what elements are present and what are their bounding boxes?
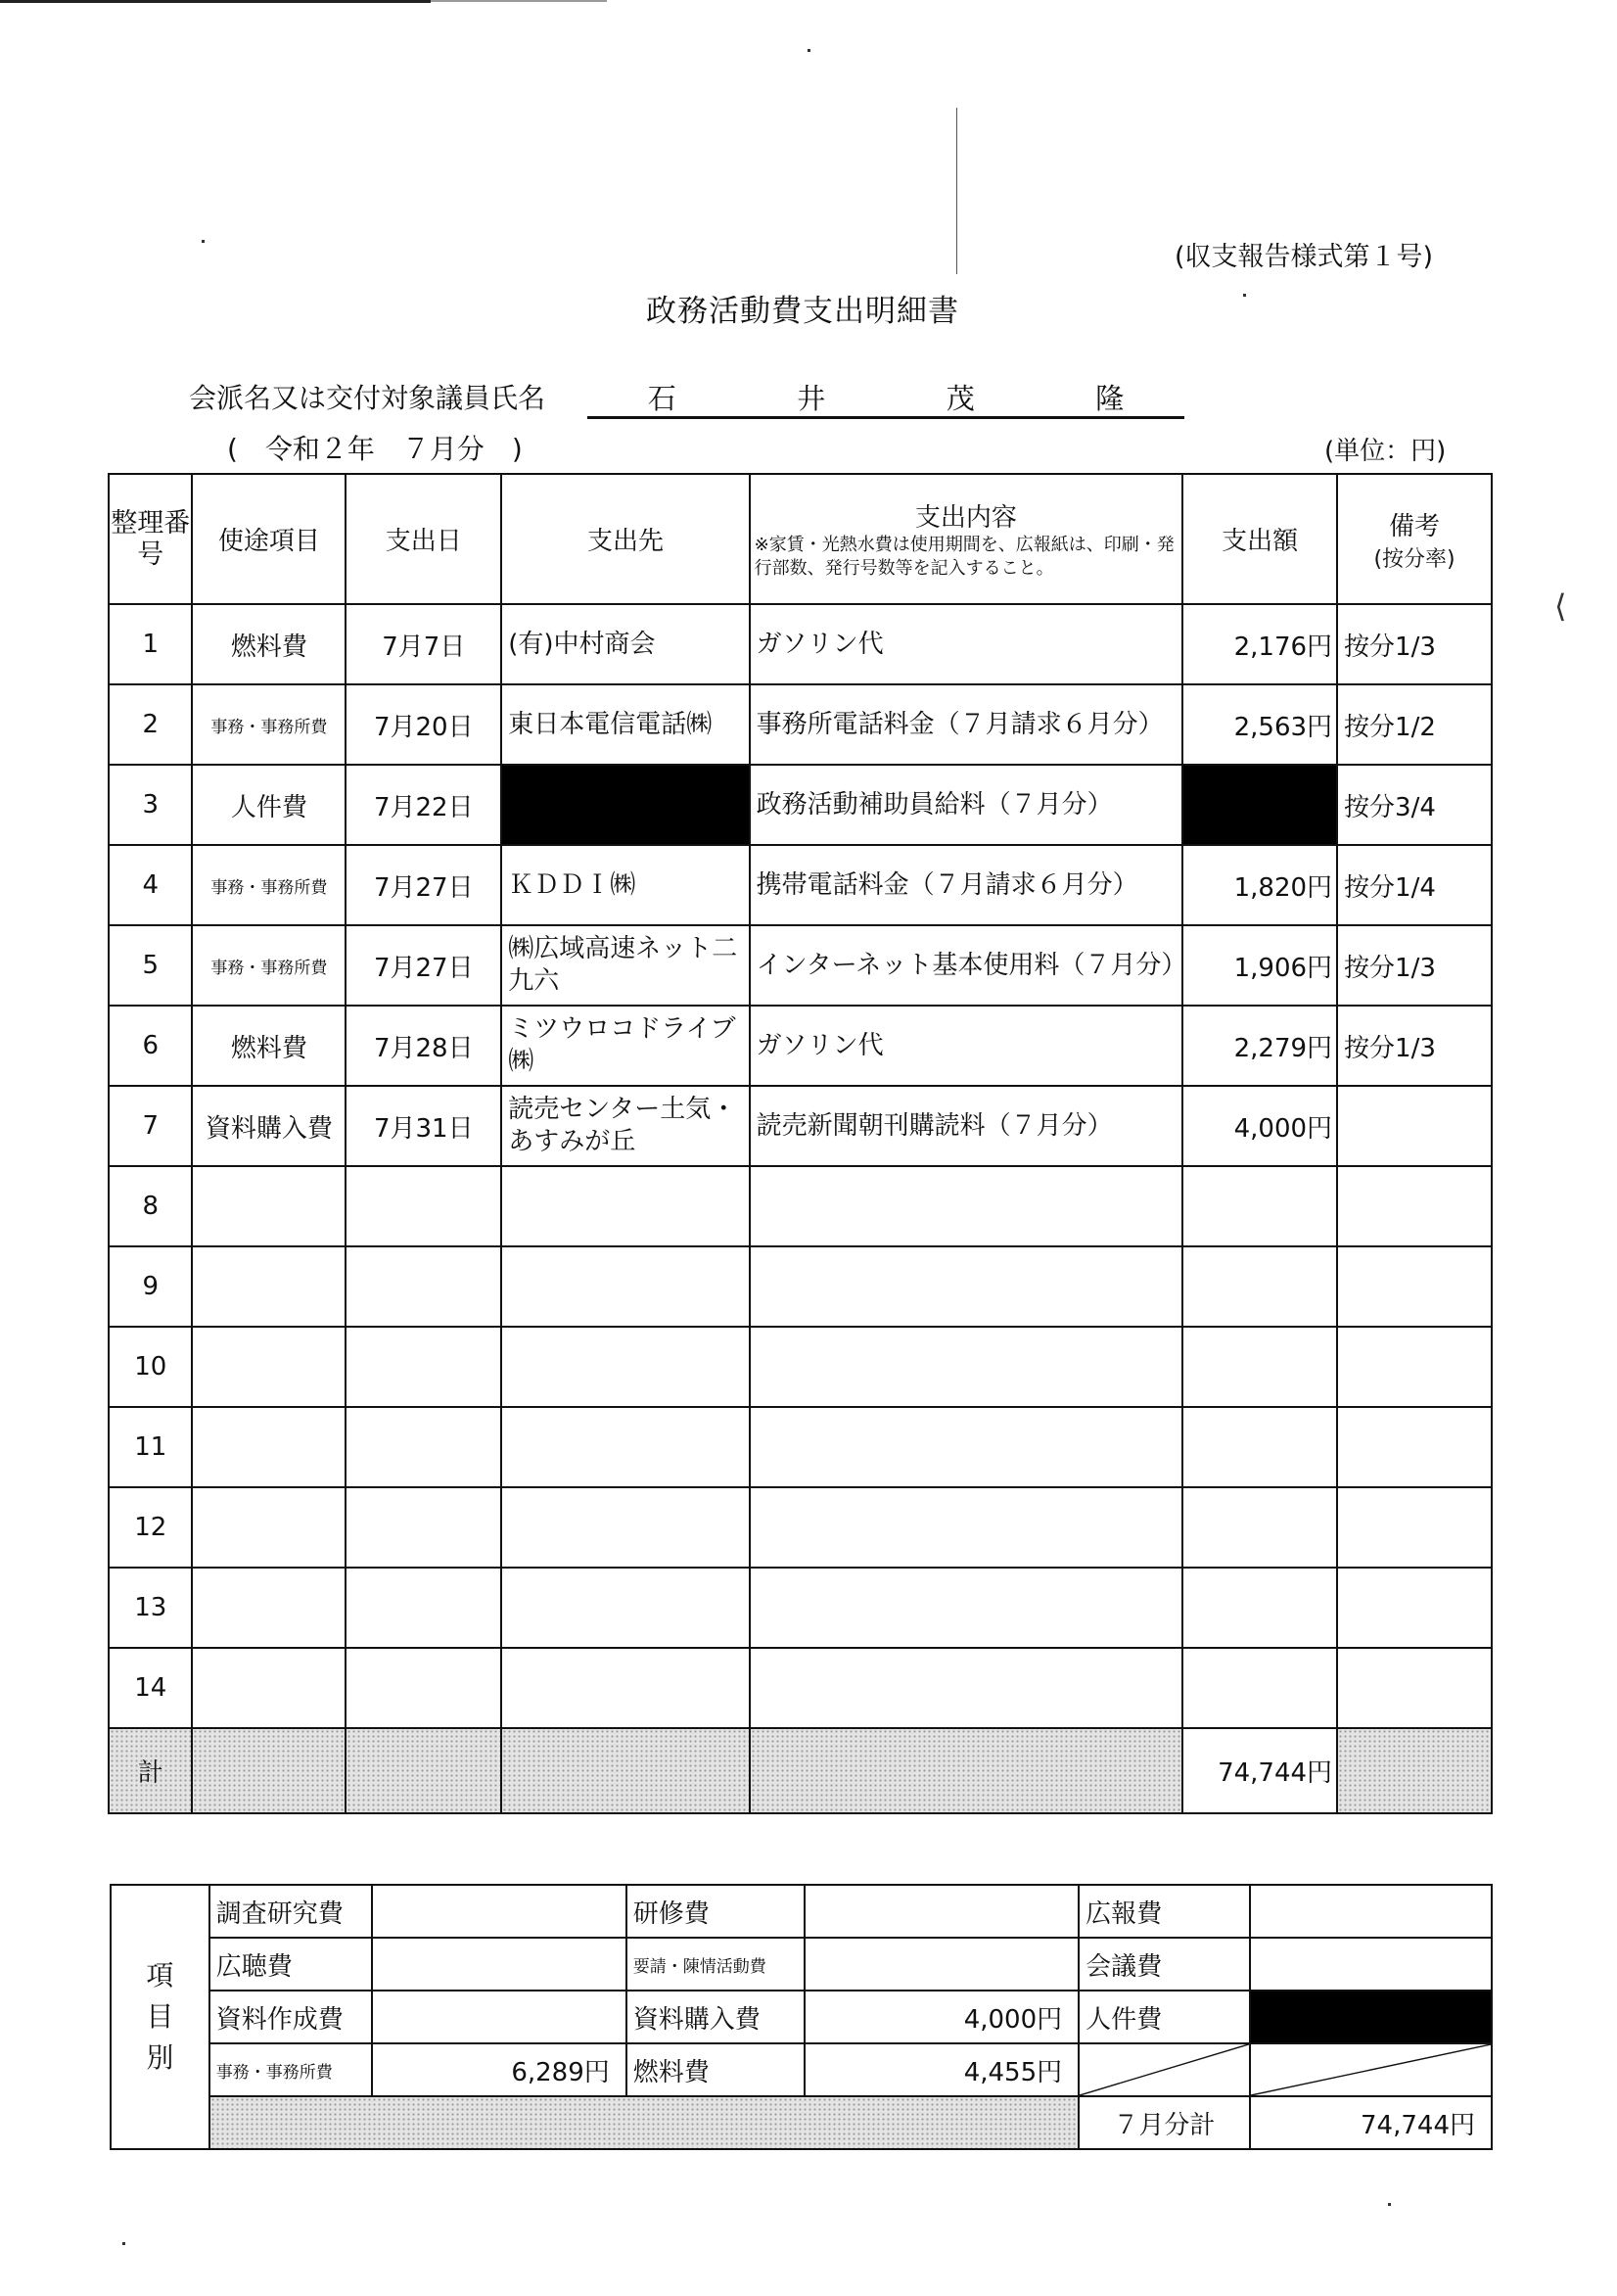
column-header-no: 整理番号 xyxy=(109,474,192,604)
row-payee xyxy=(501,1648,749,1728)
row-remarks: 按分1/3 xyxy=(1337,1006,1492,1086)
row-content xyxy=(750,1166,1183,1246)
page-title: 政務活動費支出明細書 xyxy=(646,286,959,330)
row-number: 7 xyxy=(109,1086,192,1166)
row-number: 9 xyxy=(109,1246,192,1327)
summary-value xyxy=(805,1885,1080,1938)
row-date xyxy=(346,1648,501,1728)
row-content: ガソリン代 xyxy=(750,604,1183,684)
table-row: 13 xyxy=(109,1568,1492,1648)
row-number: 2 xyxy=(109,684,192,765)
category-summary-table: 項目別 調査研究費 研修費 広報費 広聴費 要請・陳情活動費 会議費 資料作成費… xyxy=(110,1884,1493,2150)
row-payee: 東日本電信電話㈱ xyxy=(501,684,749,765)
report-period: ( 令和２年 ７月分 ) xyxy=(227,428,523,467)
table-row: 5事務・事務所費7月27日㈱広域高速ネット二九六インターネット基本使用料（７月分… xyxy=(109,925,1492,1006)
month-total-label: ７月分計 xyxy=(1079,2096,1250,2149)
row-content xyxy=(750,1246,1183,1327)
member-name-char: 石 xyxy=(648,377,676,416)
row-category xyxy=(192,1166,346,1246)
row-remarks xyxy=(1337,1086,1492,1166)
column-header-payee: 支出先 xyxy=(501,474,749,604)
summary-value xyxy=(1250,1885,1492,1938)
row-payee xyxy=(501,1487,749,1568)
summary-label: 研修費 xyxy=(626,1885,805,1938)
column-header-content: 支出内容 ※家賃・光熱水費は使用期間を、広報紙は、印刷・発行部数、発行号数等を記… xyxy=(750,474,1183,604)
row-content: 読売新聞朝刊購読料（７月分） xyxy=(750,1086,1183,1166)
row-amount xyxy=(1182,1407,1337,1487)
row-amount xyxy=(1182,1166,1337,1246)
row-number: 10 xyxy=(109,1327,192,1407)
row-number: 3 xyxy=(109,765,192,845)
row-category xyxy=(192,1327,346,1407)
row-payee: (有)中村商会 xyxy=(501,604,749,684)
row-amount xyxy=(1182,1648,1337,1728)
row-amount: 2,176円 xyxy=(1182,604,1337,684)
row-payee xyxy=(501,1407,749,1487)
row-payee xyxy=(501,1327,749,1407)
member-name-char: 隆 xyxy=(1095,377,1124,416)
row-content xyxy=(750,1648,1183,1728)
summary-label: 資料購入費 xyxy=(626,1991,805,2043)
column-header-remarks-title: 備考 xyxy=(1338,506,1491,542)
row-remarks xyxy=(1337,1487,1492,1568)
row-content: 事務所電話料金（７月請求６月分） xyxy=(750,684,1183,765)
summary-value: 6,289円 xyxy=(372,2043,626,2096)
row-amount: 2,563円 xyxy=(1182,684,1337,765)
row-remarks xyxy=(1337,1246,1492,1327)
total-shaded-cell xyxy=(346,1728,501,1813)
row-category xyxy=(192,1407,346,1487)
row-date: 7月27日 xyxy=(346,845,501,925)
total-shaded-cell xyxy=(750,1728,1183,1813)
summary-label: 広聴費 xyxy=(209,1938,372,1991)
row-content: ガソリン代 xyxy=(750,1006,1183,1086)
scan-edge-line xyxy=(0,0,431,3)
summary-side-label-text: 項目別 xyxy=(112,1955,208,2079)
summary-value xyxy=(372,1991,626,2043)
row-remarks xyxy=(1337,1568,1492,1648)
row-category xyxy=(192,1246,346,1327)
row-category: 事務・事務所費 xyxy=(192,684,346,765)
column-header-remarks-sub: (按分率) xyxy=(1338,542,1491,573)
summary-label: 事務・事務所費 xyxy=(209,2043,372,2096)
row-category xyxy=(192,1568,346,1648)
row-content xyxy=(750,1487,1183,1568)
row-number: 13 xyxy=(109,1568,192,1648)
row-number: 14 xyxy=(109,1648,192,1728)
stray-dot xyxy=(202,240,205,243)
row-number: 12 xyxy=(109,1487,192,1568)
row-amount-redacted xyxy=(1182,765,1337,845)
row-amount xyxy=(1182,1327,1337,1407)
column-header-date: 支出日 xyxy=(346,474,501,604)
row-payee-redacted xyxy=(501,765,749,845)
summary-label: 会議費 xyxy=(1079,1938,1250,1991)
row-category: 人件費 xyxy=(192,765,346,845)
member-label: 会派名又は交付対象議員氏名 xyxy=(189,377,545,416)
row-payee xyxy=(501,1568,749,1648)
summary-label: 広報費 xyxy=(1079,1885,1250,1938)
month-total-value: 74,744円 xyxy=(1250,2096,1492,2149)
row-number: 8 xyxy=(109,1166,192,1246)
scan-edge-line xyxy=(431,0,607,2)
row-remarks xyxy=(1337,1648,1492,1728)
row-category: 事務・事務所費 xyxy=(192,845,346,925)
member-name-char: 井 xyxy=(797,377,825,416)
table-header-row: 整理番号 使途項目 支出日 支出先 支出内容 ※家賃・光熱水費は使用期間を、広報… xyxy=(109,474,1492,604)
row-remarks xyxy=(1337,1327,1492,1407)
fold-mark xyxy=(956,108,957,274)
row-remarks xyxy=(1337,1407,1492,1487)
table-row: 10 xyxy=(109,1327,1492,1407)
row-content xyxy=(750,1407,1183,1487)
row-date: 7月31日 xyxy=(346,1086,501,1166)
row-remarks xyxy=(1337,1166,1492,1246)
row-number: 1 xyxy=(109,604,192,684)
row-payee xyxy=(501,1246,749,1327)
expense-table: 整理番号 使途項目 支出日 支出先 支出内容 ※家賃・光熱水費は使用期間を、広報… xyxy=(108,473,1493,1814)
row-category xyxy=(192,1648,346,1728)
table-row: 14 xyxy=(109,1648,1492,1728)
row-date xyxy=(346,1487,501,1568)
table-row: 12 xyxy=(109,1487,1492,1568)
row-content: 携帯電話料金（７月請求６月分） xyxy=(750,845,1183,925)
total-label: 計 xyxy=(109,1728,192,1813)
stray-dot xyxy=(808,49,810,52)
unit-label: (単位：円) xyxy=(1324,431,1446,467)
form-number: (収支報告様式第１号) xyxy=(1175,235,1433,273)
column-header-remarks: 備考 (按分率) xyxy=(1337,474,1492,604)
stray-mark: ⟨ xyxy=(1554,587,1566,625)
member-name: 石 井 茂 隆 xyxy=(587,377,1184,419)
row-date xyxy=(346,1407,501,1487)
row-date xyxy=(346,1166,501,1246)
total-shaded-cell xyxy=(192,1728,346,1813)
row-remarks: 按分1/2 xyxy=(1337,684,1492,765)
row-amount: 4,000円 xyxy=(1182,1086,1337,1166)
row-number: 5 xyxy=(109,925,192,1006)
row-remarks: 按分1/3 xyxy=(1337,604,1492,684)
summary-value-redacted xyxy=(1250,1991,1492,2043)
row-date: 7月7日 xyxy=(346,604,501,684)
row-category: 燃料費 xyxy=(192,604,346,684)
summary-value: 4,455円 xyxy=(805,2043,1080,2096)
row-category: 燃料費 xyxy=(192,1006,346,1086)
table-row: 2事務・事務所費7月20日東日本電信電話㈱事務所電話料金（７月請求６月分）2,5… xyxy=(109,684,1492,765)
table-row: 9 xyxy=(109,1246,1492,1327)
table-row: 3人件費7月22日政務活動補助員給料（７月分）按分3/4 xyxy=(109,765,1492,845)
total-shaded-cell xyxy=(1337,1728,1492,1813)
row-date xyxy=(346,1246,501,1327)
total-row: 計74,744円 xyxy=(109,1728,1492,1813)
member-name-char: 茂 xyxy=(947,377,975,416)
row-category: 資料購入費 xyxy=(192,1086,346,1166)
row-remarks: 按分1/4 xyxy=(1337,845,1492,925)
table-row: 4事務・事務所費7月27日ＫＤＤＩ㈱携帯電話料金（７月請求６月分）1,820円按… xyxy=(109,845,1492,925)
row-payee: ＫＤＤＩ㈱ xyxy=(501,845,749,925)
table-row: 6燃料費7月28日ミツウロコドライブ㈱ガソリン代2,279円按分1/3 xyxy=(109,1006,1492,1086)
row-date xyxy=(346,1568,501,1648)
table-row: 1燃料費7月7日(有)中村商会ガソリン代2,176円按分1/3 xyxy=(109,604,1492,684)
row-payee: 読売センター土気・あすみが丘 xyxy=(501,1086,749,1166)
stray-dot xyxy=(122,2242,125,2245)
summary-label: 要請・陳情活動費 xyxy=(626,1938,805,1991)
row-category: 事務・事務所費 xyxy=(192,925,346,1006)
stray-dot xyxy=(1243,294,1246,297)
row-category xyxy=(192,1487,346,1568)
row-amount xyxy=(1182,1246,1337,1327)
row-date: 7月28日 xyxy=(346,1006,501,1086)
row-content xyxy=(750,1327,1183,1407)
summary-label: 資料作成費 xyxy=(209,1991,372,2043)
summary-value xyxy=(1250,1938,1492,1991)
table-row: 11 xyxy=(109,1407,1492,1487)
summary-label: 調査研究費 xyxy=(209,1885,372,1938)
row-amount xyxy=(1182,1487,1337,1568)
row-amount: 2,279円 xyxy=(1182,1006,1337,1086)
row-payee xyxy=(501,1166,749,1246)
row-amount: 1,906円 xyxy=(1182,925,1337,1006)
row-amount xyxy=(1182,1568,1337,1648)
row-remarks: 按分1/3 xyxy=(1337,925,1492,1006)
summary-value: 4,000円 xyxy=(805,1991,1080,2043)
row-content: 政務活動補助員給料（７月分） xyxy=(750,765,1183,845)
total-shaded-cell xyxy=(501,1728,749,1813)
row-remarks: 按分3/4 xyxy=(1337,765,1492,845)
row-amount: 1,820円 xyxy=(1182,845,1337,925)
row-date xyxy=(346,1327,501,1407)
summary-empty-slash xyxy=(1250,2043,1492,2096)
row-payee: ミツウロコドライブ㈱ xyxy=(501,1006,749,1086)
summary-empty-slash xyxy=(1079,2043,1250,2096)
summary-value xyxy=(372,1885,626,1938)
total-amount: 74,744円 xyxy=(1182,1728,1337,1813)
row-date: 7月20日 xyxy=(346,684,501,765)
table-row: 7資料購入費7月31日読売センター土気・あすみが丘読売新聞朝刊購読料（７月分）4… xyxy=(109,1086,1492,1166)
row-content: インターネット基本使用料（７月分） xyxy=(750,925,1183,1006)
summary-label: 人件費 xyxy=(1079,1991,1250,2043)
row-number: 11 xyxy=(109,1407,192,1487)
summary-side-label: 項目別 xyxy=(111,1885,209,2149)
summary-value xyxy=(805,1938,1080,1991)
column-header-content-note: ※家賃・光熱水費は使用期間を、広報紙は、印刷・発行部数、発行号数等を記入すること… xyxy=(751,534,1182,581)
row-number: 4 xyxy=(109,845,192,925)
column-header-category: 使途項目 xyxy=(192,474,346,604)
summary-shaded-area xyxy=(209,2096,1079,2149)
stray-dot xyxy=(1388,2203,1391,2206)
column-header-amount: 支出額 xyxy=(1182,474,1337,604)
row-date: 7月27日 xyxy=(346,925,501,1006)
row-payee: ㈱広域高速ネット二九六 xyxy=(501,925,749,1006)
row-number: 6 xyxy=(109,1006,192,1086)
summary-value xyxy=(372,1938,626,1991)
table-row: 8 xyxy=(109,1166,1492,1246)
column-header-content-title: 支出内容 xyxy=(751,497,1182,534)
summary-label: 燃料費 xyxy=(626,2043,805,2096)
row-content xyxy=(750,1568,1183,1648)
row-date: 7月22日 xyxy=(346,765,501,845)
